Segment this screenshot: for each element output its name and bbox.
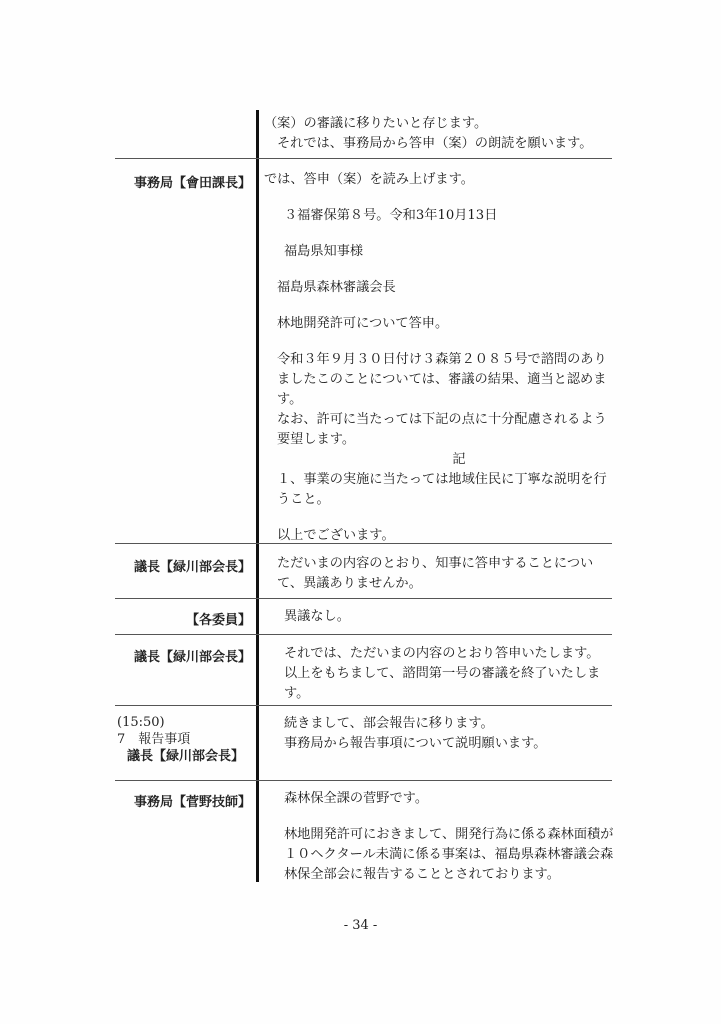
speech-block: 異議なし。	[264, 607, 614, 627]
note-item: １、事業の実施に当たっては地域住民に丁寧な説明を行うこと。	[264, 470, 614, 510]
row-divider	[115, 780, 612, 781]
speaker-label: 事務局【菅野技師】	[134, 791, 251, 810]
speech-line: 事務局から報告事項について説明願います。	[264, 734, 614, 754]
subject: 林地開発許可について答申。	[264, 314, 614, 334]
speech-line: では、答申（案）を読み上げます。	[264, 170, 614, 190]
sender: 福島県森林審議会長	[264, 278, 614, 298]
speech-line: 森林保全課の菅野です。	[264, 789, 614, 809]
speech-paragraph: 林地開発許可におきまして、開発行為に係る森林面積が１０ヘクタール未満に係る事案は…	[264, 825, 614, 885]
document-page: （案）の審議に移りたいと存じます。 それでは、事務局から答申（案）の朗読を願いま…	[0, 0, 721, 1024]
row-divider	[115, 543, 612, 544]
speech-block: ただいまの内容のとおり、知事に答申することについて、異議ありませんか。	[264, 554, 614, 594]
speech-paragraph: ただいまの内容のとおり、知事に答申することについて、異議ありませんか。	[264, 554, 614, 594]
speech-line: 異議なし。	[264, 607, 614, 627]
speech-block: 森林保全課の菅野です。 林地開発許可におきまして、開発行為に係る森林面積が１０ヘ…	[264, 789, 614, 885]
speaker-label: 【各委員】	[186, 609, 251, 628]
speaker-label: 事務局【會田課長】	[134, 172, 251, 191]
row-divider	[115, 158, 612, 159]
agenda-note: (15:50) 7 報告事項 議長【緑川部会長】	[117, 714, 244, 765]
speech-line: （案）の審議に移りたいと存じます。	[264, 114, 614, 134]
speaker-label: 議長【緑川部会長】	[134, 646, 251, 665]
section-heading: 7 報告事項	[117, 731, 244, 748]
addressee: 福島県知事様	[264, 242, 614, 262]
reference-number: ３福審保第８号。令和3年10月13日	[264, 206, 614, 226]
speech-paragraph: 以上をもちまして、諮問第一号の審議を終了いたします。	[264, 664, 614, 704]
speech-paragraph: なお、許可に当たっては下記の点に十分配慮されるよう要望します。	[264, 410, 614, 450]
speech-line: それでは、ただいまの内容のとおり答申いたします。	[264, 644, 614, 664]
speech-block: それでは、ただいまの内容のとおり答申いたします。 以上をもちまして、諮問第一号の…	[264, 644, 614, 704]
speech-block: 続きまして、部会報告に移ります。 事務局から報告事項について説明願います。	[264, 714, 614, 754]
note-heading: 記	[264, 450, 614, 470]
speech-line: それでは、事務局から答申（案）の朗読を願います。	[264, 134, 614, 154]
timestamp: (15:50)	[117, 714, 244, 731]
speech-paragraph: 令和３年９月３０日付け３森第２０８５号で諮問のありましたこのことについては、審議…	[264, 350, 614, 410]
speech-block: では、答申（案）を読み上げます。 ３福審保第８号。令和3年10月13日 福島県知…	[264, 170, 614, 546]
speaker-label: 議長【緑川部会長】	[134, 556, 251, 575]
row-divider	[115, 598, 612, 599]
row-divider	[115, 634, 612, 635]
speech-block: （案）の審議に移りたいと存じます。 それでは、事務局から答申（案）の朗読を願いま…	[264, 114, 614, 154]
row-divider	[115, 705, 612, 706]
page-number: - 34 -	[0, 918, 721, 933]
speaker-label: 議長【緑川部会長】	[117, 748, 244, 765]
speech-line: 続きまして、部会報告に移ります。	[264, 714, 614, 734]
speaker-column-divider	[256, 110, 259, 882]
